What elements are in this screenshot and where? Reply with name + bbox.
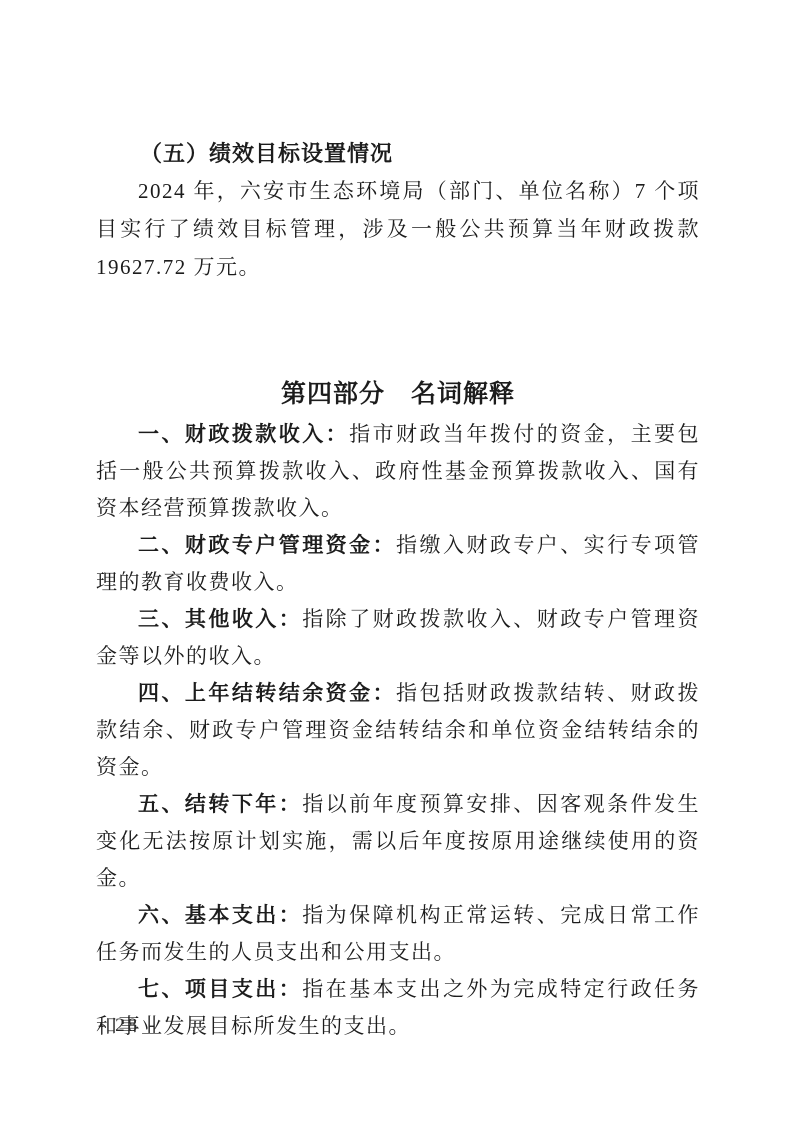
term-7-label: 七、项目支出： bbox=[138, 978, 302, 1001]
term-3-label: 三、其他收入： bbox=[138, 608, 302, 631]
part-4-title: 第四部分 名词解释 bbox=[96, 372, 700, 416]
term-definition-5: 五、结转下年：指以前年度预算安排、因客观条件发生变化无法按原计划实施，需以后年度… bbox=[96, 786, 700, 897]
term-6-label: 六、基本支出： bbox=[138, 904, 302, 927]
document-page: （五）绩效目标设置情况 2024 年，六安市生态环境局（部门、单位名称）7 个项… bbox=[0, 0, 793, 1122]
section-5-body-paragraph: 2024 年，六安市生态环境局（部门、单位名称）7 个项目实行了绩效目标管理，涉… bbox=[96, 172, 700, 286]
term-definition-2: 二、财政专户管理资金：指缴入财政专户、实行专项管理的教育收费收入。 bbox=[96, 527, 700, 601]
term-5-label: 五、结转下年： bbox=[138, 793, 302, 816]
page-number: - 28 - bbox=[98, 1014, 157, 1038]
term-definition-6: 六、基本支出：指为保障机构正常运转、完成日常工作任务而发生的人员支出和公用支出。 bbox=[96, 897, 700, 971]
term-definition-1: 一、财政拨款收入：指市财政当年拨付的资金，主要包括一般公共预算拨款收入、政府性基… bbox=[96, 416, 700, 527]
term-definition-3: 三、其他收入：指除了财政拨款收入、财政专户管理资金等以外的收入。 bbox=[96, 601, 700, 675]
term-definition-4: 四、上年结转结余资金：指包括财政拨款结转、财政拨款结余、财政专户管理资金结转结余… bbox=[96, 675, 700, 786]
term-2-label: 二、财政专户管理资金： bbox=[138, 534, 396, 557]
term-1-label: 一、财政拨款收入： bbox=[138, 423, 349, 446]
term-4-label: 四、上年结转结余资金： bbox=[138, 682, 396, 705]
term-definition-7: 七、项目支出：指在基本支出之外为完成特定行政任务和事业发展目标所发生的支出。 bbox=[96, 971, 700, 1045]
section-5-heading: （五）绩效目标设置情况 bbox=[96, 135, 700, 172]
